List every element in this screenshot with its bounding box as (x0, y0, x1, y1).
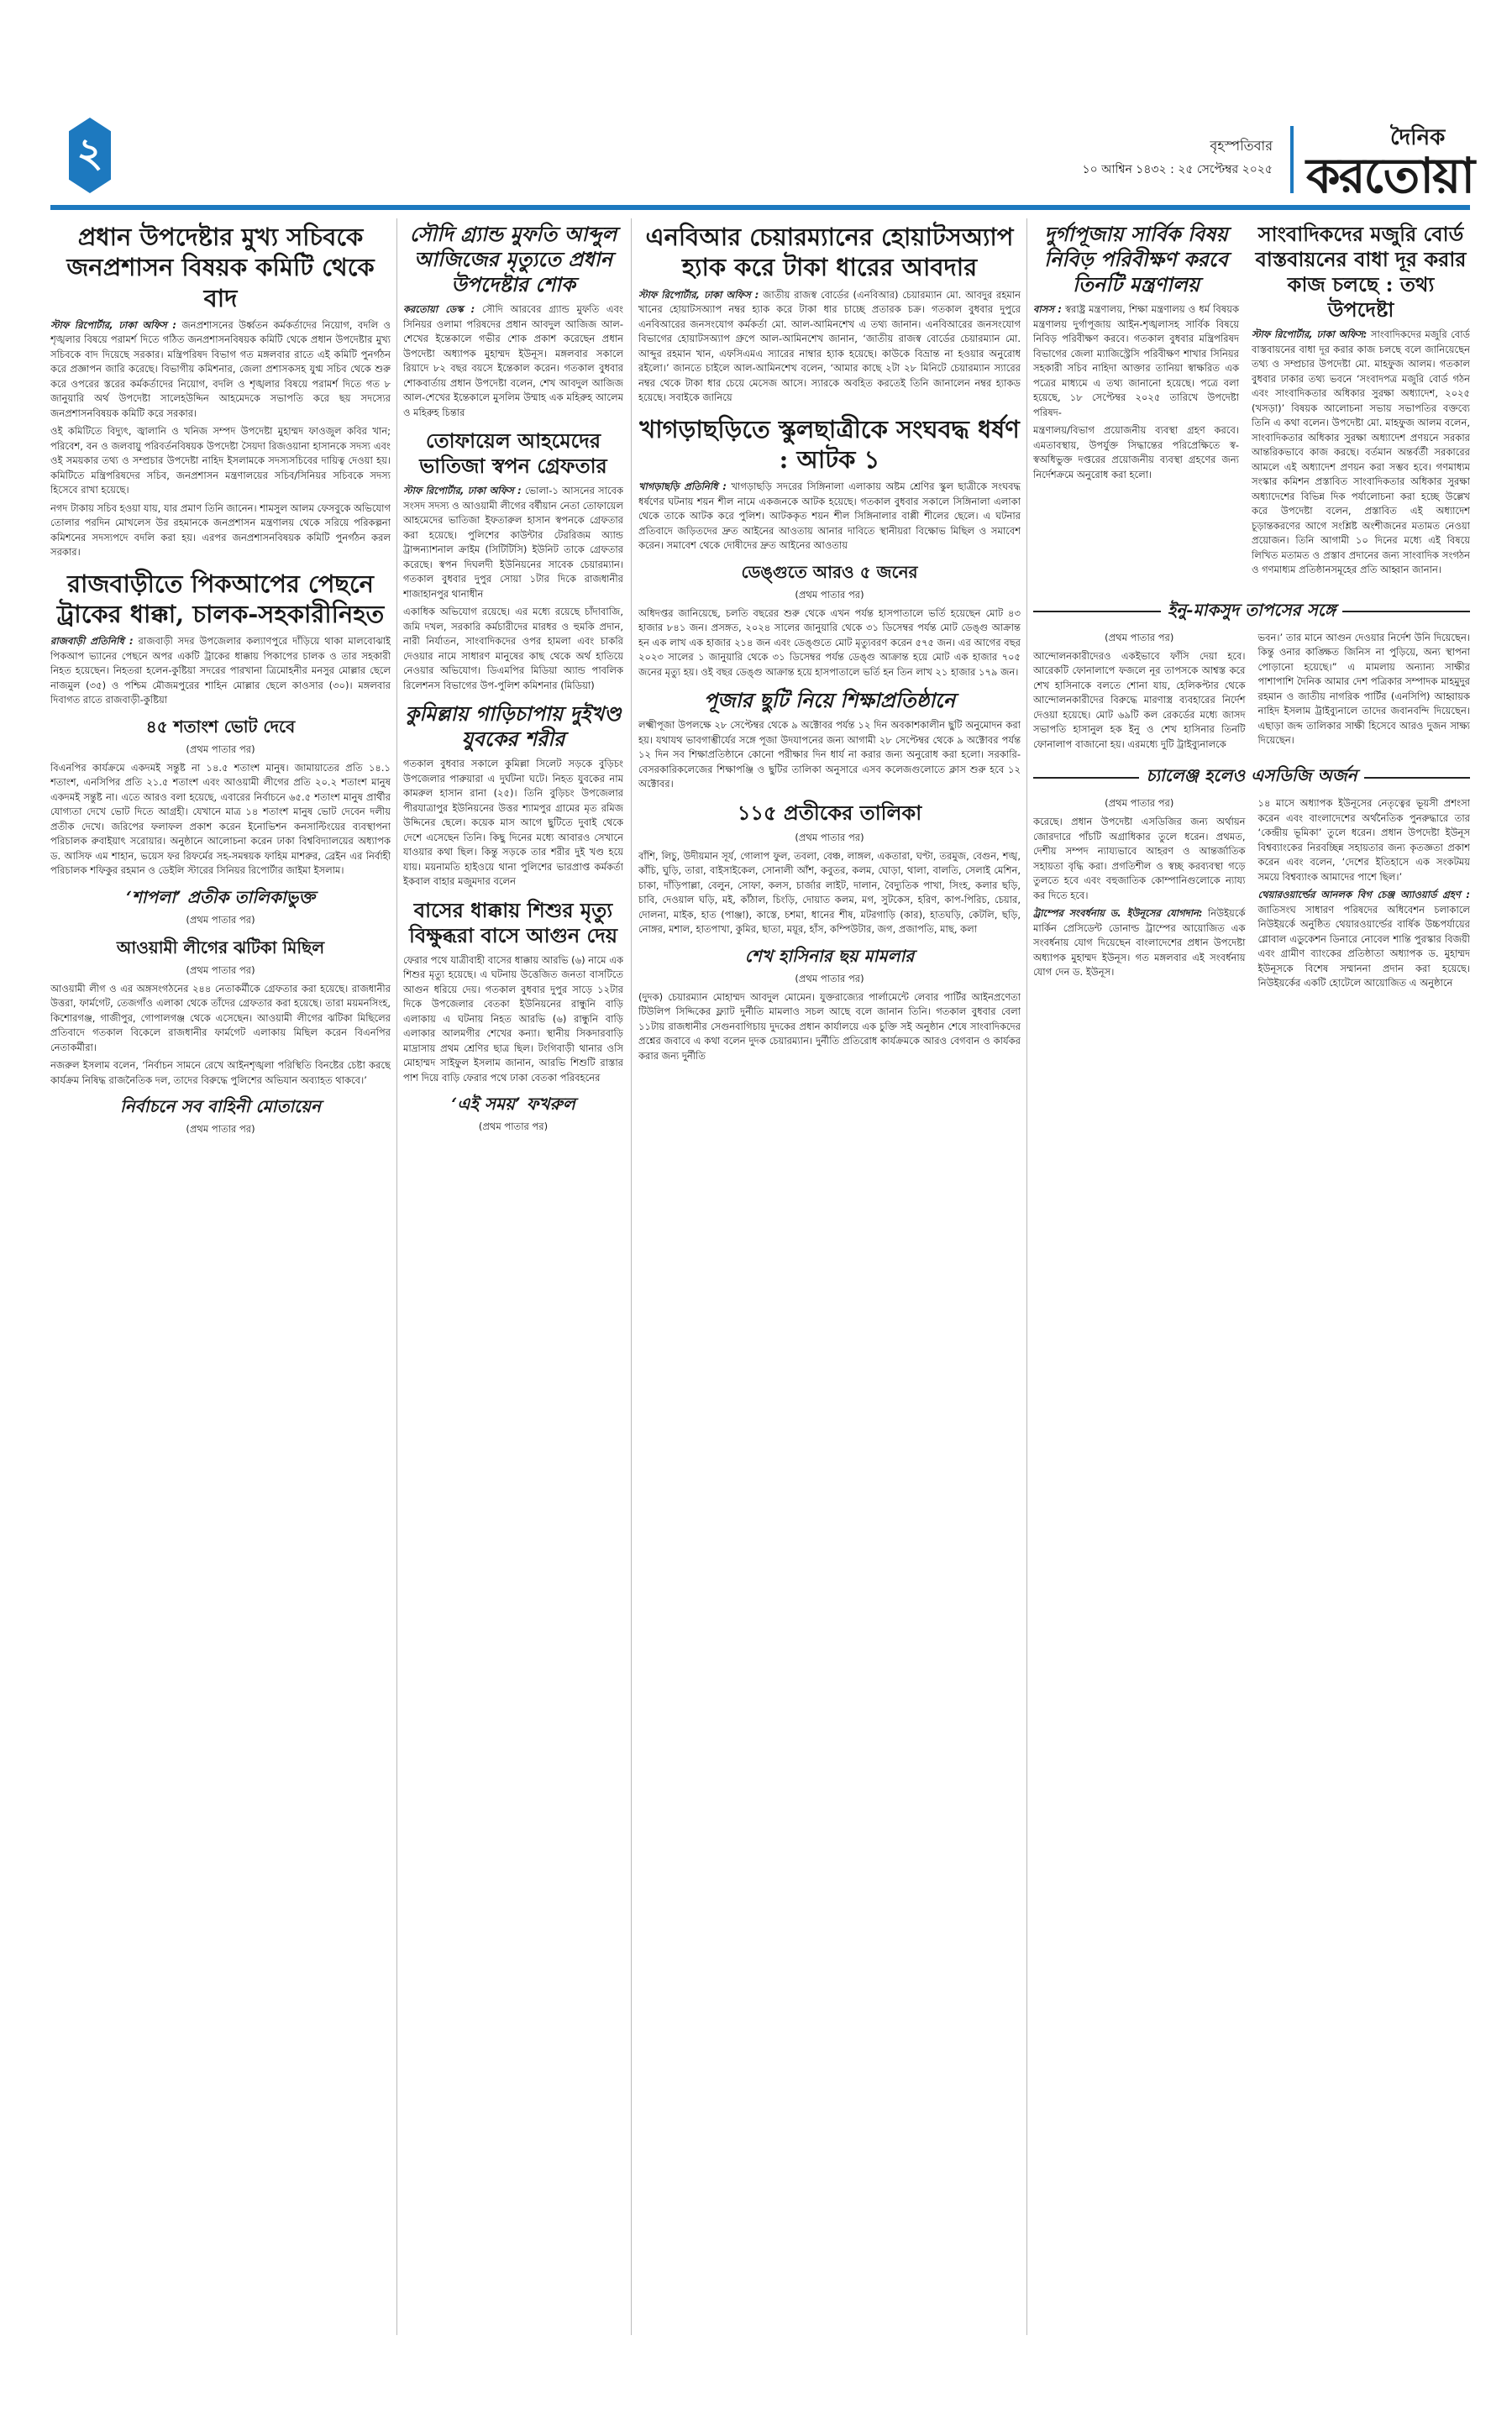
headline: ১১৫ প্রতীকের তালিকা (638, 800, 1021, 826)
continued-label: (প্রথম পাতার পর) (50, 743, 391, 758)
article-body: নগদ টাকায় সচিব হওয়া যায়, যার প্রমাণ ত… (50, 501, 391, 560)
headline: কুমিল্লায় গাড়িচাপায় দুইখণ্ড যুবকের শর… (403, 701, 623, 752)
article-body: করেছে। প্রধান উপদেষ্টা এসডিজির জন্য অর্থ… (1033, 815, 1246, 903)
continued-label: (প্রথম পাতার পর) (50, 1122, 391, 1138)
article-body: ফেরার পথে যাত্রীবাহী বাসের ধাক্কায় আরভি… (403, 953, 623, 1086)
article-hasina-cases: শেখ হাসিনার ছয় মামলার (প্রথম পাতার পর) … (638, 946, 1021, 1064)
article-body: লক্ষ্মীপূজা উপলক্ষে ২৮ সেপ্টেম্বর থেকে ৯… (638, 718, 1021, 792)
date-block: বৃহস্পতিবার ১০ আশ্বিন ১৪৩২ : ২৫ সেপ্টেম্… (1082, 134, 1273, 181)
article-puja-holiday: পূজার ছুটি নিয়ে শিক্ষাপ্রতিষ্ঠানে লক্ষ্… (638, 688, 1021, 792)
headline: ‘এই সময়’ ফখরুল (403, 1094, 623, 1115)
article-body: সাংবাদিকদের মজুরি বোর্ড বাস্তবায়নের বাধ… (1252, 328, 1470, 575)
continued-label: (প্রথম পাতার পর) (403, 1120, 623, 1136)
logo-big-text: করতোয়া (1306, 150, 1470, 202)
article-body: অধিদপ্তর জানিয়েছে, চলতি বছরের শুরু থেকে… (638, 606, 1021, 680)
article-body: আন্দোলনকারীদেরও একইভাবে ফাঁসি দেয়া হবে।… (1033, 649, 1246, 753)
headline: সাংবাদিকদের মজুরি বোর্ড বাস্তবায়নের বাধ… (1252, 222, 1470, 323)
article-admin-committee: প্রধান উপদেষ্টার মুখ্য সচিবকে জনপ্রশাসন … (50, 222, 391, 560)
byline: স্টাফ রিপোর্টার, ঢাকা অফিস : (638, 289, 759, 301)
page-number-badge: ২ (69, 118, 111, 193)
headline: এনবিআর চেয়ারম্যানের হোয়াটসঅ্যাপ হ্যাক … (638, 222, 1021, 283)
continued-label: (প্রথম পাতার পর) (50, 913, 391, 929)
headline: সৌদি গ্র্যান্ড মুফতি আব্দুল আজিজের মৃত্য… (403, 222, 623, 297)
logo-small-text: দৈনিক (1390, 126, 1470, 150)
article-body: জাতিসংঘ সাধারণ পরিষদের অধিবেশন চলাকালে ন… (1258, 904, 1471, 989)
byline: স্টাফ রিপোর্টার, ঢাকা অফিস: (1252, 328, 1367, 340)
article-khagrachari: খাগড়াছড়িতে স্কুলছাত্রীকে সংঘবদ্ধ ধর্ষণ… (638, 414, 1021, 554)
headline: বাসের ধাক্কায় শিশুর মৃত্যু বিক্ষুব্ধরা … (403, 898, 623, 948)
headline: ইনু-মাকসুদ তাপসের সঙ্গে (1168, 598, 1336, 626)
article-saudi-mufti: সৌদি গ্র্যান্ড মুফতি আব্দুল আজিজের মৃত্য… (403, 222, 623, 420)
column-divider (1026, 218, 1027, 2335)
article-body: বাঁশি, লিচু, উদীয়মান সূর্য, গোলাপ ফুল, … (638, 849, 1021, 937)
article-bus-child-death: বাসের ধাক্কায় শিশুর মৃত্যু বিক্ষুব্ধরা … (403, 898, 623, 1086)
continued-label: (প্রথম পাতার পর) (1033, 631, 1246, 647)
article-115-symbols: ১১৫ প্রতীকের তালিকা (প্রথম পাতার পর) বাঁ… (638, 800, 1021, 937)
article-inu-maksud: ইনু-মাকসুদ তাপসের সঙ্গে (প্রথম পাতার পর)… (1033, 598, 1470, 756)
article-body: ভোলা-১ আসনের সাবেক সংসদ সদস্য ও আওয়ামী … (403, 485, 623, 600)
headline: শেখ হাসিনার ছয় মামলার (638, 946, 1021, 967)
masthead: ২ বৃহস্পতিবার ১০ আশ্বিন ১৪৩২ : ২৫ সেপ্টে… (50, 118, 1470, 202)
continued-label: (প্রথম পাতার পর) (1033, 796, 1246, 812)
byline: বাসস : (1033, 303, 1062, 315)
column-4-5: দুর্গাপূজায় সার্বিক বিষয় নিবিড় পরিবীক… (1033, 218, 1470, 2335)
article-body: বিএনপির কার্যক্রমে একদমই সন্তুষ্ট না ১৪.… (50, 761, 391, 879)
article-body: নজরুল ইসলাম বলেন, ‘নির্বাচন সামনে রেখে আ… (50, 1058, 391, 1088)
headline: ৪৫ শতাংশ ভোট দেবে (50, 716, 391, 737)
continued-label: (প্রথম পাতার পর) (638, 831, 1021, 847)
article-body: মন্ত্রণালয়/বিভাগ প্রয়োজনীয় ব্যবস্থা গ… (1033, 423, 1239, 482)
continued-label: (প্রথম পাতার পর) (50, 963, 391, 979)
newspaper-page: ২ বৃহস্পতিবার ১০ আশ্বিন ১৪৩২ : ২৫ সেপ্টে… (50, 118, 1470, 202)
article-body: গতকাল বুধবার সকালে কুমিল্লা সিলেট সড়কে … (403, 757, 623, 890)
headline: আওয়ামী লীগের ঝটিকা মিছিল (50, 937, 391, 958)
column-1: প্রধান উপদেষ্টার মুখ্য সচিবকে জনপ্রশাসন … (50, 218, 391, 2335)
headline: দুর্গাপূজায় সার্বিক বিষয় নিবিড় পরিবীক… (1033, 222, 1239, 297)
headline: ডেঙ্গুতে আরও ৫ জনের (638, 562, 1021, 583)
columns: প্রধান উপদেষ্টার মুখ্য সচিবকে জনপ্রশাসন … (50, 218, 1470, 2335)
article-wage-board: সাংবাদিকদের মজুরি বোর্ড বাস্তবায়নের বাধ… (1252, 218, 1470, 581)
masthead-rule (50, 205, 1470, 210)
headline: খাগড়াছড়িতে স্কুলছাত্রীকে সংঘবদ্ধ ধর্ষণ… (638, 414, 1021, 475)
article-body: জাতীয় রাজস্ব বোর্ডের (এনবিআর) চেয়ারম্য… (638, 289, 1021, 404)
byline: করতোয়া ডেস্ক : (403, 303, 475, 315)
article-fakhrul: ‘এই সময়’ ফখরুল (প্রথম পাতার পর) (403, 1094, 623, 1136)
article-durga-puja: দুর্গাপূজায় সার্বিক বিষয় নিবিড় পরিবীক… (1033, 218, 1239, 581)
byline: স্টাফ রিপোর্টার, ঢাকা অফিস : (403, 485, 522, 496)
masthead-divider (1290, 126, 1294, 193)
continued-label: (প্রথম পাতার পর) (638, 972, 1021, 988)
article-45-percent-vote: ৪৫ শতাংশ ভোট দেবে (প্রথম পাতার পর) বিএনপ… (50, 716, 391, 879)
article-sdg: চ্যালেঞ্জ হলেও এসডিজি অর্জন (প্রথম পাতার… (1033, 764, 1470, 995)
article-election-forces: নির্বাচনে সব বাহিনী মোতায়েন (প্রথম পাতা… (50, 1096, 391, 1138)
continued-label: (প্রথম পাতার পর) (638, 588, 1021, 604)
headline: তোফায়েল আহমেদের ভাতিজা স্বপন গ্রেফতার (403, 428, 623, 479)
byline: স্টাফ রিপোর্টার, ঢাকা অফিস : (50, 319, 176, 331)
article-body: (দুদক) চেয়ারম্যান মোহাম্মদ আবদুল মোমেন।… (638, 990, 1021, 1064)
headline: রাজবাড়ীতে পিকআপের পেছনে ট্রাকের ধাক্কা,… (50, 569, 391, 630)
column-2: সৌদি গ্র্যান্ড মুফতি আব্দুল আজিজের মৃত্য… (403, 218, 623, 2335)
column-divider (396, 218, 397, 2335)
column-3: এনবিআর চেয়ারম্যানের হোয়াটসঅ্যাপ হ্যাক … (638, 218, 1021, 2335)
column-divider (631, 218, 632, 2335)
article-rajbari-accident: রাজবাড়ীতে পিকআপের পেছনে ট্রাকের ধাক্কা,… (50, 569, 391, 708)
article-awami-league-procession: আওয়ামী লীগের ঝটিকা মিছিল (প্রথম পাতার প… (50, 937, 391, 1089)
article-shapla-symbol: ‘শাপলা’ প্রতীক তালিকাভুক্ত (প্রথম পাতার … (50, 887, 391, 929)
publication-date: ১০ আশ্বিন ১৪৩২ : ২৫ সেপ্টেম্বর ২০২৫ (1082, 158, 1273, 181)
subheading: ট্রাম্পের সংবর্ধনায় ড. ইউনূসের যোগদান: (1033, 907, 1203, 919)
headline: নির্বাচনে সব বাহিনী মোতায়েন (50, 1096, 391, 1117)
byline: খাগড়াছড়ি প্রতিনিধি : (638, 480, 727, 492)
weekday: বৃহস্পতিবার (1082, 134, 1273, 158)
top-row: দুর্গাপূজায় সার্বিক বিষয় নিবিড় পরিবীক… (1033, 218, 1470, 590)
article-body: আওয়ামী লীগ ও এর অঙ্গসংগঠনের ২৪৪ নেতাকর্… (50, 982, 391, 1056)
article-body: একাধিক অভিযোগ রয়েছে। এর মধ্যে রয়েছে চা… (403, 605, 623, 693)
article-nbr-whatsapp: এনবিআর চেয়ারম্যানের হোয়াটসঅ্যাপ হ্যাক … (638, 222, 1021, 406)
article-body: স্বরাষ্ট্র মন্ত্রণালয়, শিক্ষা মন্ত্রণাল… (1033, 303, 1239, 418)
article-tofail-nephew: তোফায়েল আহমেদের ভাতিজা স্বপন গ্রেফতার স… (403, 428, 623, 693)
headline: ‘শাপলা’ প্রতীক তালিকাভুক্ত (50, 887, 391, 908)
article-dengue: ডেঙ্গুতে আরও ৫ জনের (প্রথম পাতার পর) অধি… (638, 562, 1021, 680)
headline: চ্যালেঞ্জ হলেও এসডিজি অর্জন (1146, 764, 1357, 791)
subheading: থেয়ারওয়ার্ল্ডের আনলক বিগ চেঞ্জ অ্যাওয়… (1258, 889, 1471, 900)
article-body: ওই কমিটিতে বিদ্যুৎ, জ্বালানি ও খনিজ সম্প… (50, 424, 391, 498)
article-comilla-accident: কুমিল্লায় গাড়িচাপায় দুইখণ্ড যুবকের শর… (403, 701, 623, 890)
article-body: জনপ্রশাসনের উর্ধ্বতন কর্মকর্তাদের নিয়োগ… (50, 319, 391, 419)
headline: প্রধান উপদেষ্টার মুখ্য সচিবকে জনপ্রশাসন … (50, 222, 391, 313)
article-body: ভবন।’ তার মানে আগুন দেওয়ার নির্দেশ উনি … (1258, 631, 1471, 748)
headline: পূজার ছুটি নিয়ে শিক্ষাপ্রতিষ্ঠানে (638, 688, 1021, 713)
article-body: ১৪ মাসে অধ্যাপক ইউনূসের নেতৃত্বের ভূয়সী… (1258, 796, 1471, 884)
byline: রাজবাড়ী প্রতিনিধি : (50, 635, 134, 647)
newspaper-logo: দৈনিক করতোয়া (1306, 126, 1470, 202)
article-body: সৌদি আরবের গ্র্যান্ড মুফতি এবং সিনিয়র ও… (403, 303, 623, 418)
